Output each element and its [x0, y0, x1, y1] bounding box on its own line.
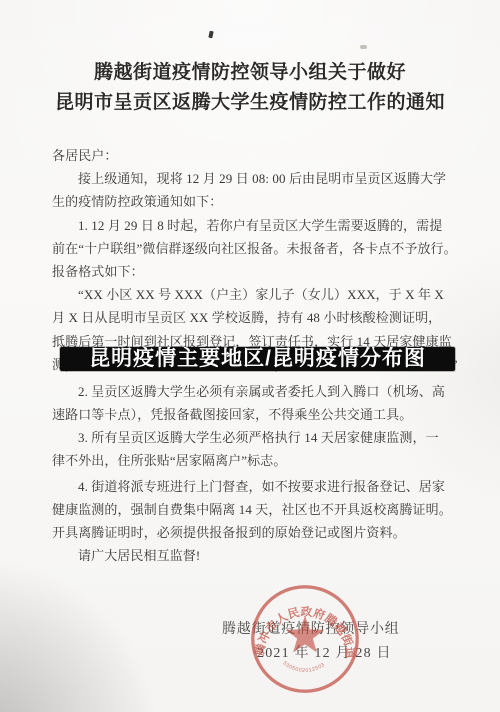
body-line: 2. 呈贡区返腾大学生必须有亲属或者委托人到入腾口（机场、高 — [52, 380, 458, 403]
body-line: 接上级通知，现将 12 月 29 日 08: 00 后由昆明市呈贡区返腾大学 — [52, 167, 458, 190]
body-line: “XX 小区 XX 号 XXX（户主）家儿子（女儿）XXX，于 X 年 X — [52, 283, 458, 306]
body-line: 报备格式如下： — [52, 260, 458, 283]
notice-document-photo: 腾越街道疫情防控领导小组关于做好 昆明市呈贡区返腾大学生疫情防控工作的通知 各居… — [0, 0, 500, 712]
notice-title-line2: 昆明市呈贡区返腾大学生疫情防控工作的通知 — [0, 88, 500, 118]
body-line: 各居民户： — [52, 144, 458, 167]
overlay-banner: 昆明疫情主要地区/昆明疫情分布图 — [60, 347, 455, 371]
body-line: 4. 街道将派专班进行上门督查，如不按要求进行报备登记、居家 — [52, 475, 458, 498]
official-seal: 腾冲市人民政府腾越街道办事处 5305002012503 — [247, 581, 363, 697]
body-line: 生的疫情防控政策通知如下： — [52, 190, 458, 213]
svg-text:5305002012503: 5305002012503 — [282, 660, 327, 674]
body-line: 速路口等卡点），凭报备截图接回家，不得乘坐公共交通工具。 — [52, 403, 458, 426]
ink-speck — [208, 31, 213, 39]
body-line: 3. 所有呈贡区返腾大学生必须严格执行 14 天居家健康监测，一 — [52, 426, 458, 449]
body-line: 请广大居民相互监督! — [52, 544, 458, 567]
body-line: 健康监测的，强制自费集中隔离 14 天，社区也不开具返校离腾证明。 — [52, 498, 458, 521]
svg-text:腾冲市人民政府腾越街道办事处: 腾冲市人民政府腾越街道办事处 — [247, 581, 358, 660]
body-line: 1. 12 月 29 日 8 时起，若你户有呈贡区大学生需要返腾的，需提 — [52, 214, 458, 237]
notice-title: 腾越街道疫情防控领导小组关于做好 昆明市呈贡区返腾大学生疫情防控工作的通知 — [0, 58, 500, 118]
seal-arc-text: 腾冲市人民政府腾越街道办事处 — [247, 581, 358, 660]
body-line: 开具离腾证明时，必须提供报备报到的原始登记或图片资料。 — [52, 521, 458, 544]
body-line: 前在“十户联组”微信群逐级向社区报备。未报备者，各卡点不予放行。 — [52, 237, 458, 260]
seal-serial: 5305002012503 — [282, 660, 327, 674]
body-line: 月 X 日从昆明市呈贡区 XX 学校返腾，持有 48 小时核酸检测证明， — [52, 306, 458, 329]
seal-star-icon — [286, 616, 325, 653]
notice-title-line1: 腾越街道疫情防控领导小组关于做好 — [0, 58, 500, 88]
ink-speck — [360, 45, 367, 49]
overlay-banner-label: 昆明疫情主要地区/昆明疫情分布图 — [89, 347, 426, 371]
body-line: 律不外出，住所张贴“居家隔离户”标志。 — [52, 449, 458, 472]
